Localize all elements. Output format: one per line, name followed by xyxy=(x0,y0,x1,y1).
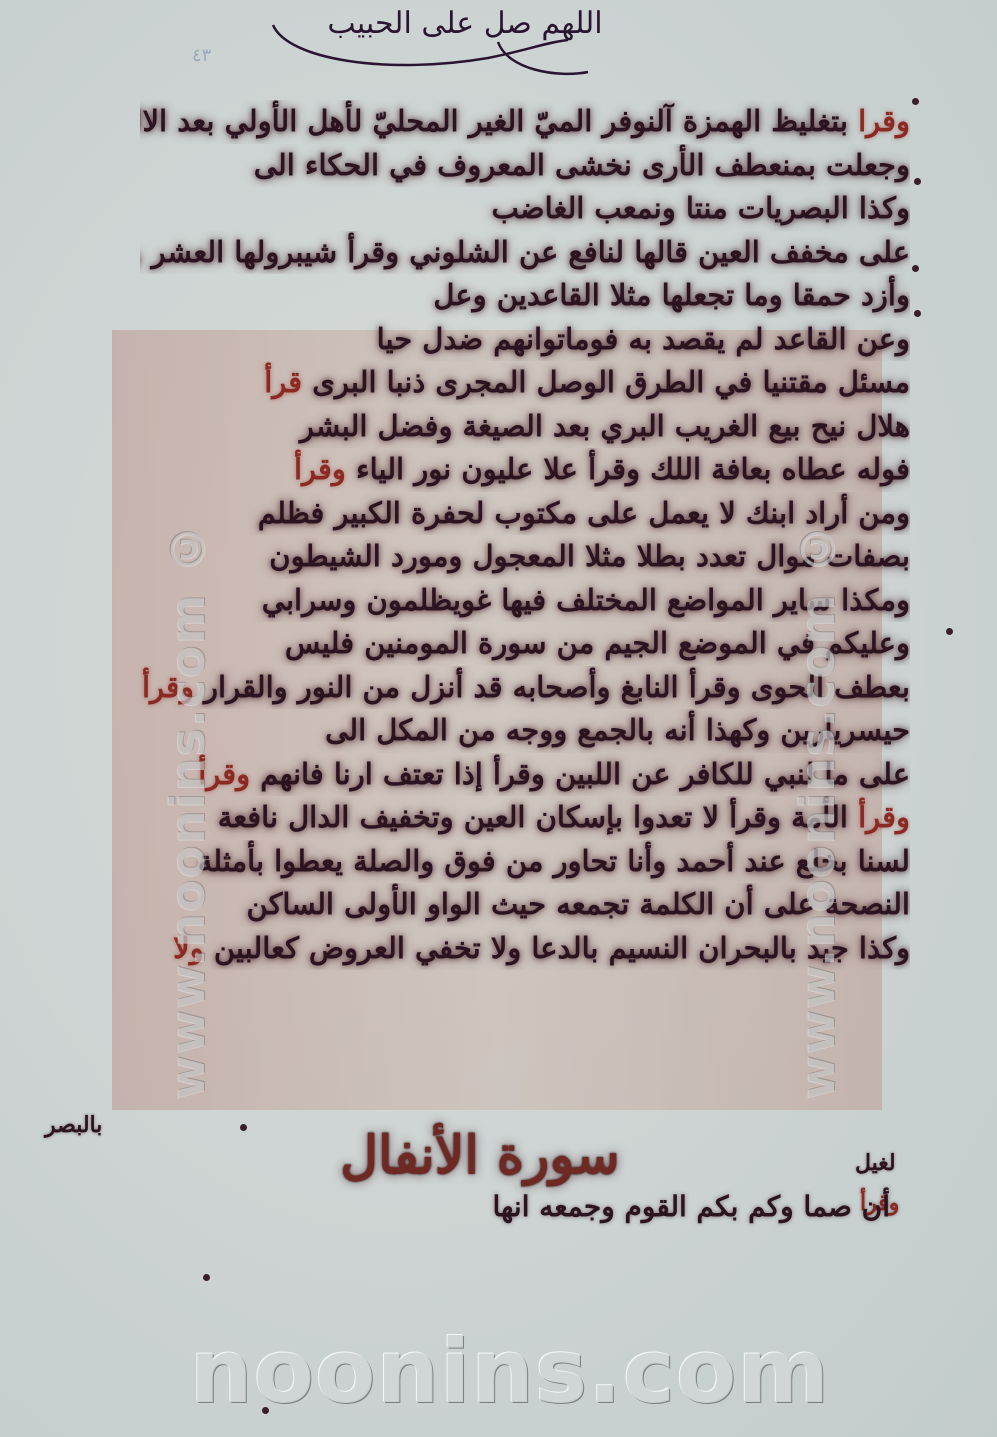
pricking-hole xyxy=(912,265,919,272)
folio-mark: ٤٣ xyxy=(192,45,211,66)
margin-note: لغيل xyxy=(855,1150,896,1176)
text-line: على مخفف العين قالها لنافع عن الشلوني وق… xyxy=(140,231,910,275)
text-line: وقرا بتغليظ الهمزة آلنوفر الميّ الغير ال… xyxy=(140,100,910,144)
sura-title: سورة الأنفال xyxy=(200,1125,760,1195)
text-line: وأزد حمقا وما تجعلها مثلا القاعدين وعل xyxy=(140,274,910,318)
pricking-hole xyxy=(914,310,921,317)
watermark-bottom: noonins.com xyxy=(190,1320,830,1423)
pricking-hole xyxy=(240,1124,247,1131)
watermark-left: www.noonins.com © xyxy=(160,340,216,1100)
text-line: وكذا البصريات منتا ونمعب الغاضب xyxy=(140,187,910,231)
final-text-line: أن صما وكم بكم القوم وجمعه انها xyxy=(160,1190,890,1223)
margin-note: بالبصر xyxy=(45,1112,102,1138)
page-heading: اللهم صل على الحبيب xyxy=(300,6,630,66)
pricking-hole xyxy=(946,628,953,635)
pricking-hole xyxy=(912,98,919,105)
watermark-right: www.noonins.com © xyxy=(790,340,846,1100)
pricking-hole xyxy=(203,1274,210,1281)
manuscript-page: ٤٣ اللهم صل على الحبيب وقرا بتغليظ الهمز… xyxy=(0,0,997,1437)
pricking-hole xyxy=(914,178,921,185)
text-line: وجعلت بمنعطف الأرى نخشى المعروف في الحكا… xyxy=(140,144,910,188)
